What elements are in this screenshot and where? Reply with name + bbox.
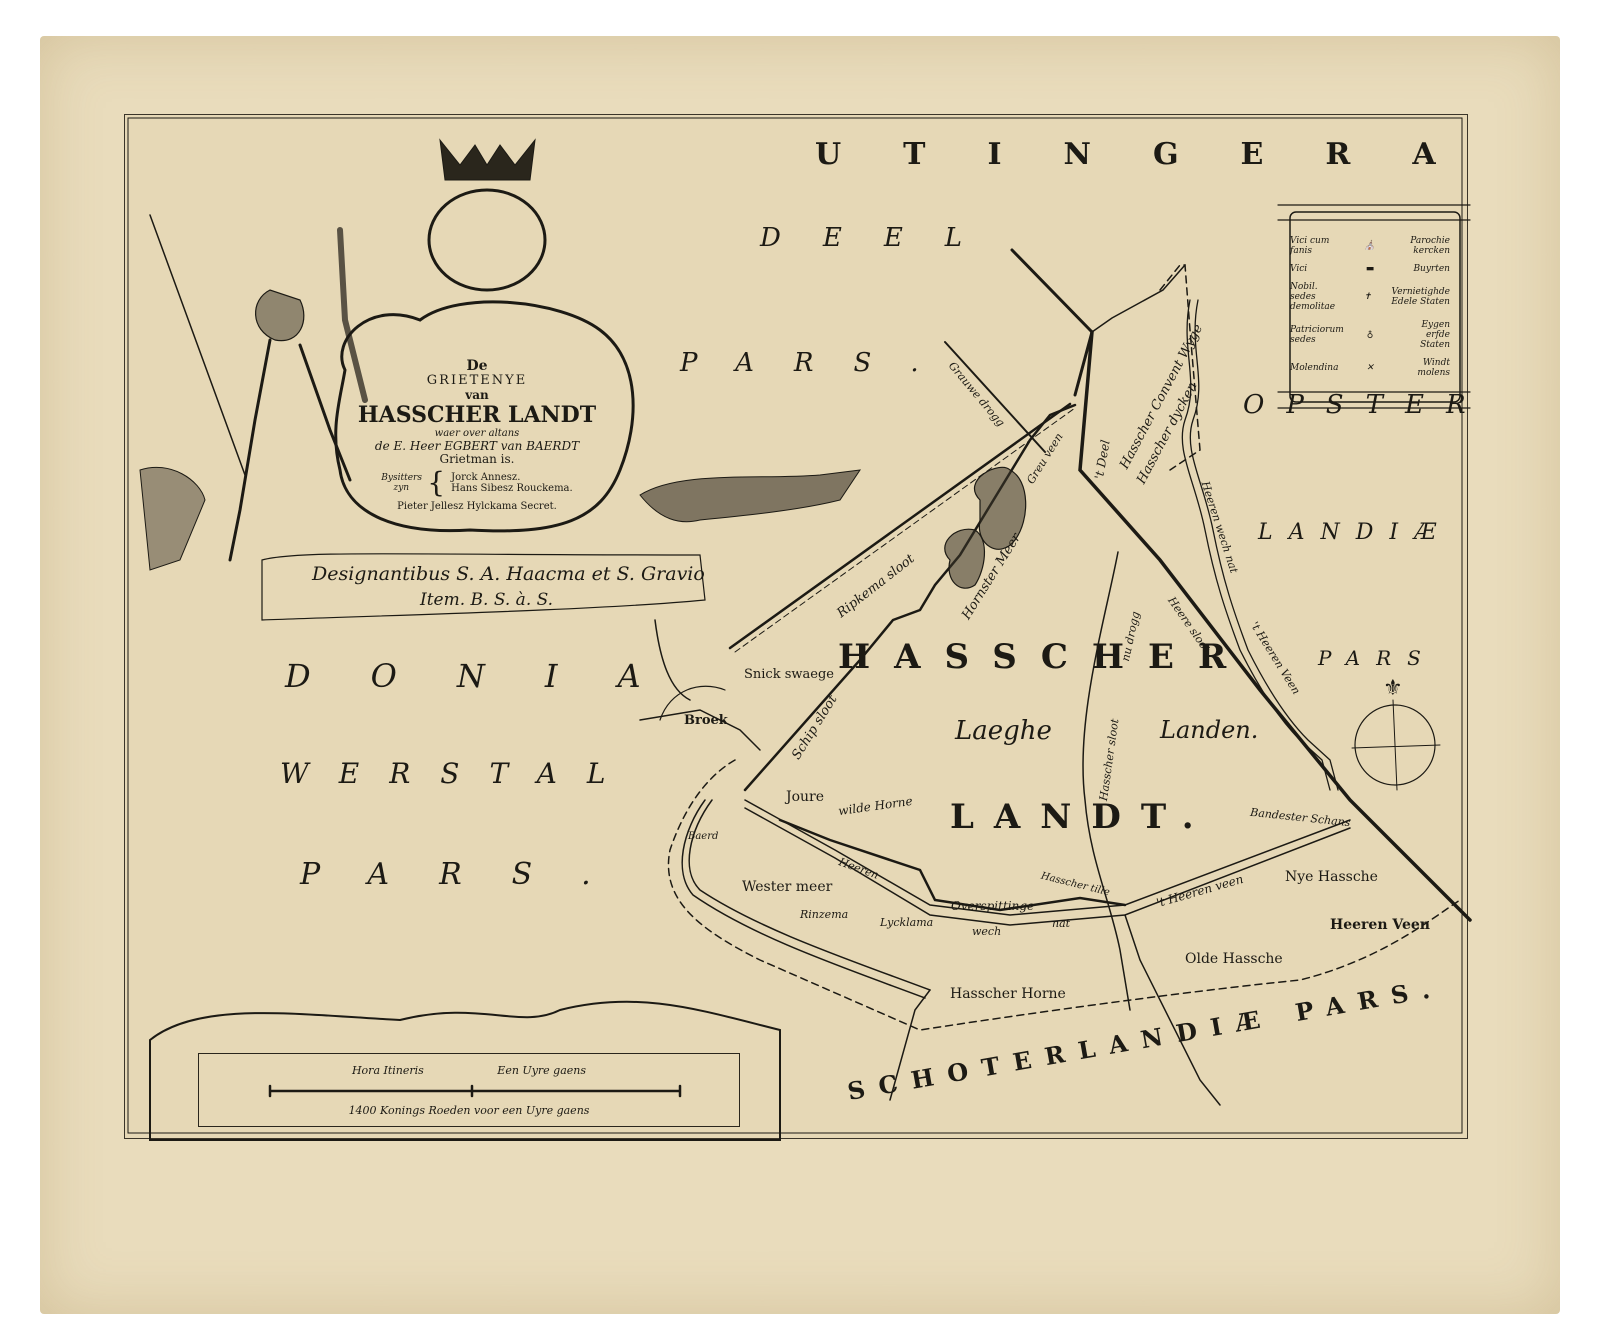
region-deel: DEEL <box>760 225 1004 251</box>
title-cartouche: De GRIETENYE van HASSCHER LANDT waer ove… <box>352 358 602 513</box>
scale-hora-itineris: Hora Itineris <box>352 1064 424 1077</box>
label-nat: nat <box>1052 918 1070 929</box>
fleur-de-lis-north-icon: ⚜ <box>1383 678 1403 700</box>
legend-latin: Vici cum fanis <box>1290 236 1345 256</box>
legend-row: Vici cum fanis ⛪ Parochie kercken <box>1290 236 1450 256</box>
scale-bottom-label: 1400 Konings Roeden voor een Uyre gaens <box>199 1104 739 1117</box>
title-grietman-name: de E. Heer EGBERT van BAERDT <box>352 440 602 454</box>
region-utingera: UTINGERA <box>815 140 1498 170</box>
region-hasscher: HASSCHER <box>838 640 1250 674</box>
title-hasscherlandt: HASSCHER LANDT <box>352 403 602 428</box>
town-hasscher-horne: Hasscher Horne <box>950 987 1066 1001</box>
legend-latin: Patriciorum sedes <box>1290 325 1345 345</box>
town-olde-hassche: Olde Hassche <box>1185 952 1283 966</box>
legend-latin: Nobil. sedes demolitae <box>1290 282 1345 312</box>
credits-line-2: Item. B. S. à. S. <box>420 592 553 609</box>
title-grietman-is: Grietman is. <box>352 453 602 467</box>
legend-dutch: Vernietighde Edele Staten <box>1390 287 1450 307</box>
estate-icon: ♁ <box>1367 330 1374 340</box>
town-joure: Joure <box>786 790 824 804</box>
title-de: De <box>352 358 602 374</box>
town-rinzema: Rinzema <box>800 909 848 920</box>
title-waer-over: waer over altans <box>352 428 602 440</box>
town-broek: Broek <box>684 714 728 727</box>
region-pars-north: PARS. <box>680 350 959 376</box>
town-snickswaege: Snick swaege <box>744 668 834 681</box>
legend-row: Patriciorum sedes ♁ Eygen erfde Staten <box>1290 320 1450 350</box>
legend-latin: Vici <box>1290 264 1345 274</box>
legend-row: Nobil. sedes demolitae ✝ Vernietighde Ed… <box>1290 282 1450 312</box>
label-wech: wech <box>972 926 1001 937</box>
scale-top-labels: Hora Itineris Een Uyre gaens <box>199 1064 739 1077</box>
legend-dutch: Buyrten <box>1395 264 1450 274</box>
label-overspittinge: Overspittinge <box>951 900 1034 912</box>
ruined-estate-icon: ✝ <box>1364 292 1372 302</box>
title-grietenye: GRIETENYE <box>352 374 602 389</box>
legend-dutch: Windt molens <box>1395 358 1450 378</box>
bysitter-2: Hans Sibesz Rouckema. <box>451 483 573 495</box>
bysitter-1: Jorck Annesz. <box>451 472 573 484</box>
scale-een-uyre: Een Uyre gaens <box>497 1064 586 1077</box>
region-landt: LANDT. <box>950 800 1214 834</box>
town-baerd: Baerd <box>688 832 718 842</box>
legend-dutch: Eygen erfde Staten <box>1395 320 1450 350</box>
church-icon: ⛪ <box>1364 241 1375 251</box>
legend-latin: Molendina <box>1290 363 1345 373</box>
legend-scroll: Vici cum fanis ⛪ Parochie kercken Vici ▬… <box>1290 236 1450 386</box>
bysitters-label: Bysitters zyn <box>381 473 421 494</box>
village-icon: ▬ <box>1366 264 1375 274</box>
region-pars-west: PARS. <box>300 860 641 890</box>
legend-dutch: Parochie kercken <box>1395 236 1450 256</box>
legend-row: Vici ▬ Buyrten <box>1290 264 1450 274</box>
region-werstal: WERSTAL <box>280 760 635 788</box>
region-donia: DONIA <box>285 660 701 692</box>
brace-icon: { <box>427 469 445 497</box>
windmill-icon: ✕ <box>1366 363 1374 373</box>
town-lycklama: Lycklama <box>880 917 933 928</box>
title-van: van <box>352 389 602 403</box>
label-landen: Landen. <box>1160 718 1258 742</box>
region-pars-east: PARS <box>1318 648 1437 668</box>
secretary: Pieter Jellesz Hylckama Secret. <box>352 501 602 513</box>
town-westermeer: Wester meer <box>742 880 832 894</box>
bysitters-block: Bysitters zyn { Jorck Annesz. Hans Sibes… <box>352 469 602 497</box>
region-opster: OPSTER <box>1243 392 1488 418</box>
credits-line-1: Designantibus S. A. Haacma et S. Gravio <box>312 565 705 584</box>
town-nye-hassche: Nye Hassche <box>1285 870 1378 884</box>
town-heeren-veen: Heeren Veen <box>1330 918 1430 932</box>
region-landiae: LANDIÆ <box>1258 522 1452 544</box>
label-laeghe: Laeghe <box>955 718 1052 744</box>
scale-cartouche: Hora Itineris Een Uyre gaens 1400 Koning… <box>198 1053 740 1127</box>
legend-row: Molendina ✕ Windt molens <box>1290 358 1450 378</box>
